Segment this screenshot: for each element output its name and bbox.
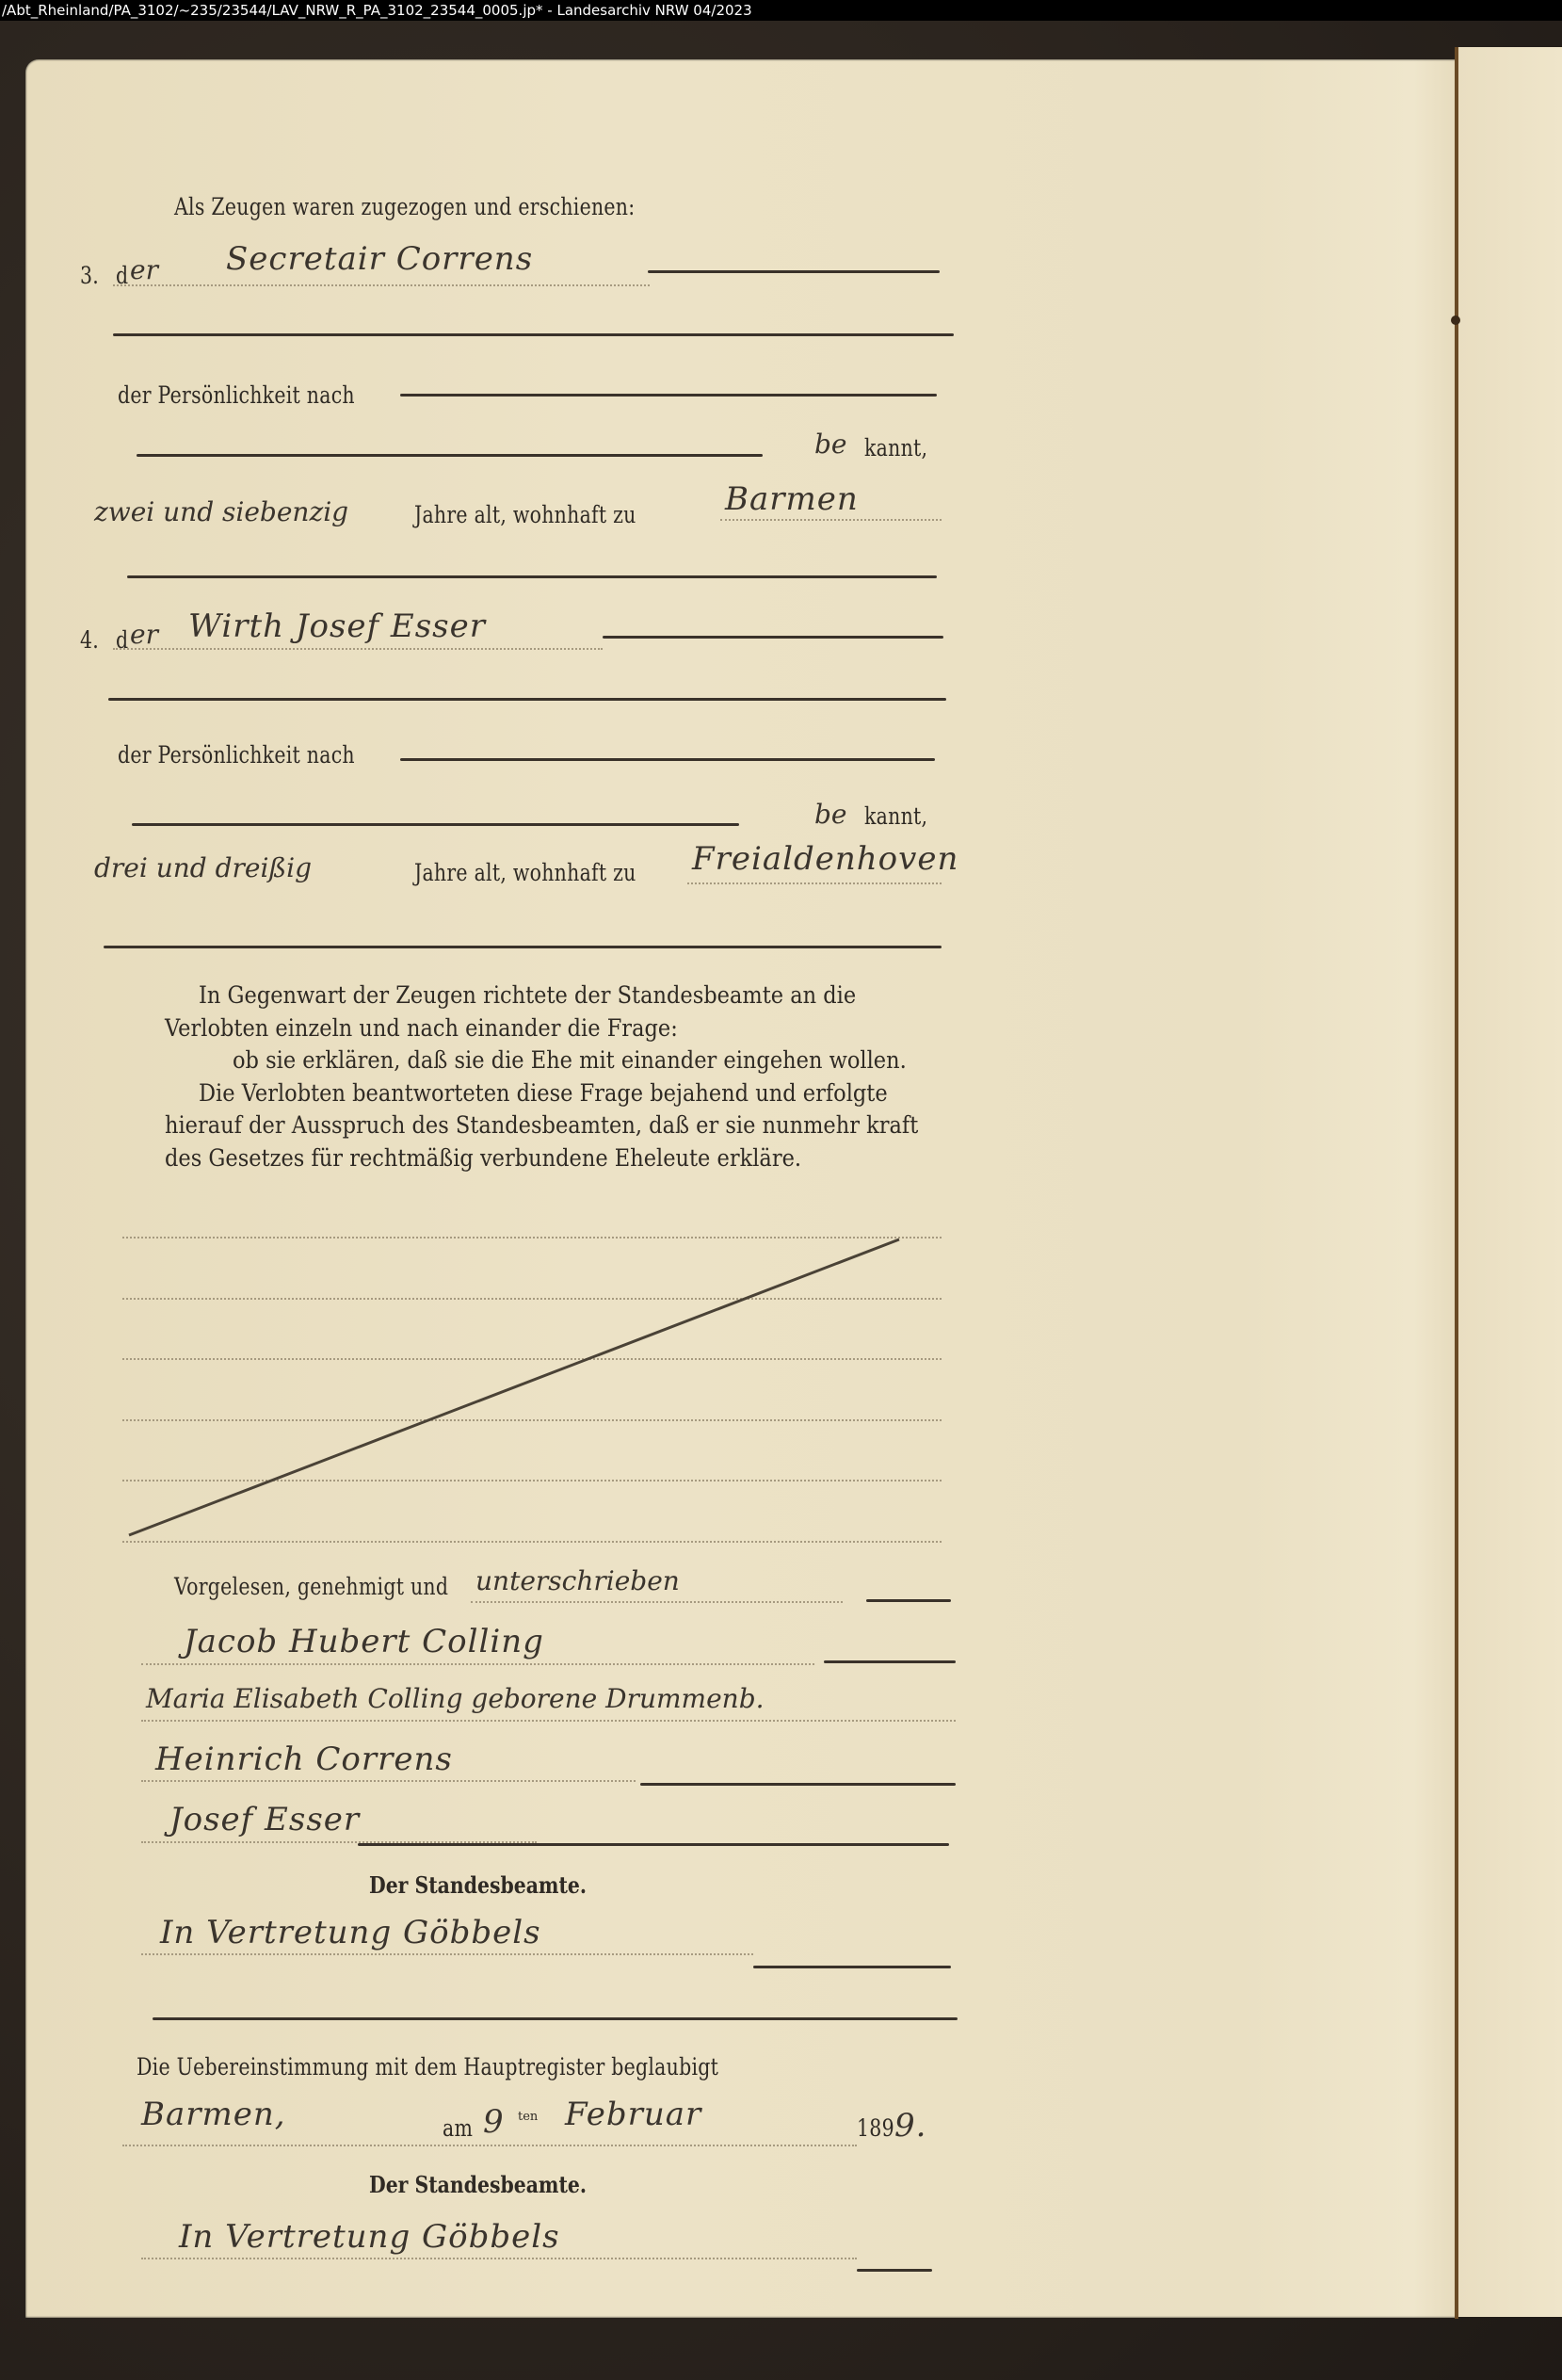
fill-dots xyxy=(141,1780,636,1782)
fill-dots xyxy=(141,1953,753,1955)
certification-day-suffix: ten xyxy=(518,2110,538,2124)
fill-line xyxy=(753,1966,951,1968)
read-approved-hand: unterschrieben xyxy=(475,1565,680,1596)
fill-line xyxy=(824,1660,956,1663)
fill-dots xyxy=(471,1601,843,1603)
registrar-label: Der Standesbeamte. xyxy=(369,1871,587,1899)
signature-bride: Maria Elisabeth Colling geborene Drummen… xyxy=(146,1683,765,1714)
certification-registrar-signature: In Vertretung Göbbels xyxy=(179,2218,560,2256)
fill-line xyxy=(857,2269,932,2272)
strike-through-line xyxy=(0,0,1562,2380)
certification-place: Barmen, xyxy=(141,2096,286,2133)
certification-am: am xyxy=(443,2114,473,2142)
fill-dots xyxy=(141,1663,814,1665)
fill-line xyxy=(866,1599,951,1602)
certification-year-hand: 9. xyxy=(894,2107,926,2145)
registrar-signature: In Vertretung Göbbels xyxy=(160,1914,541,1951)
fill-dots xyxy=(122,2145,857,2146)
fill-dots xyxy=(141,2258,857,2259)
signature-witness3: Heinrich Correns xyxy=(155,1740,453,1778)
fill-line xyxy=(358,1843,949,1846)
fill-dots xyxy=(141,1720,956,1722)
fill-line xyxy=(153,2017,958,2020)
fill-line xyxy=(640,1783,956,1786)
certification-month: Februar xyxy=(565,2096,701,2133)
signature-witness4: Josef Esser xyxy=(169,1801,360,1838)
certification-text: Die Uebereinstimmung mit dem Hauptregist… xyxy=(137,2053,718,2080)
signature-groom: Jacob Hubert Colling xyxy=(184,1623,544,1660)
certification-year: 189 xyxy=(857,2114,894,2142)
certification-registrar-label: Der Standesbeamte. xyxy=(369,2171,587,2198)
read-approved-label: Vorgelesen, genehmigt und xyxy=(174,1573,448,1600)
certification-day: 9 xyxy=(483,2103,505,2141)
